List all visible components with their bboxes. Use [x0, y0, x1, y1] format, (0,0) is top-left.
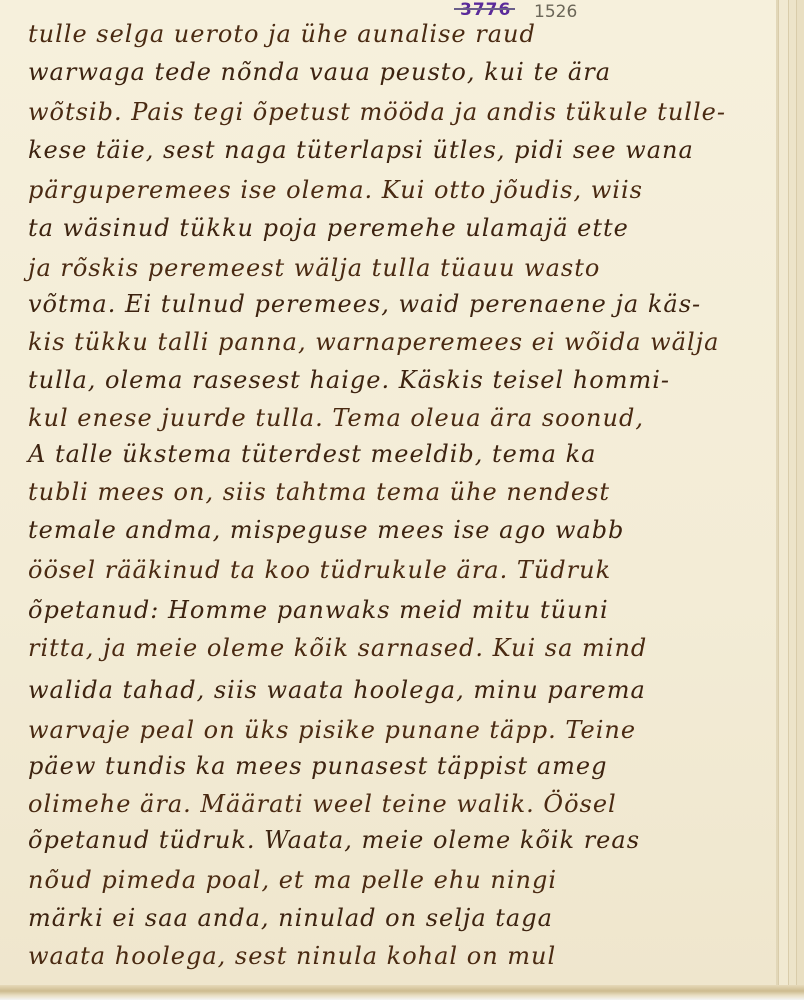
- text-line: olimehe ära. Määrati weel teine walik. Ö…: [28, 790, 744, 818]
- text-line: wõtsib. Pais tegi õpetust mööda ja andis…: [28, 98, 744, 126]
- text-line: walida tahad, siis waata hoolega, minu p…: [28, 676, 744, 704]
- text-line: kul enese juurde tulla. Tema oleua ära s…: [28, 404, 744, 432]
- text-line: warvaje peal on üks pisike punane täpp. …: [28, 716, 744, 744]
- text-line: ja rõskis peremeest wälja tulla tüauu wa…: [28, 254, 744, 282]
- text-line: tulle selga ueroto ja ühe aunalise raud: [28, 20, 744, 48]
- text-line: õpetanud tüdruk. Waata, meie oleme kõik …: [28, 826, 744, 854]
- text-line: kis tükku talli panna, warnaperemees ei …: [28, 328, 744, 356]
- text-line: võtma. Ei tulnud peremees, waid perenaen…: [28, 290, 744, 318]
- page-stack-edge: [796, 0, 804, 995]
- text-line: kese täie, sest naga tüterlapsi ütles, p…: [28, 136, 744, 164]
- text-line: ritta, ja meie oleme kõik sarnased. Kui …: [28, 634, 744, 662]
- text-line: warwaga tede nõnda vaua peusto, kui te ä…: [28, 58, 744, 86]
- text-line: tulla, olema rasesest haige. Käskis teis…: [28, 366, 744, 394]
- text-line: öösel rääkinud ta koo tüdrukule ära. Tüd…: [28, 556, 744, 584]
- text-line: nõud pimeda poal, et ma pelle ehu ningi: [28, 866, 744, 894]
- text-line: märki ei saa anda, ninulad on selja taga: [28, 904, 744, 932]
- text-line: pärguperemees ise olema. Kui otto jõudis…: [28, 176, 744, 204]
- text-line: A talle ükstema tüterdest meeldib, tema …: [28, 440, 744, 468]
- text-line: tubli mees on, siis tahtma tema ühe nend…: [28, 478, 744, 506]
- pencil-page-number: 1526: [534, 2, 577, 22]
- text-line: temale andma, mispeguse mees ise ago wab…: [28, 516, 744, 544]
- text-line: päew tundis ka mees punasest täppist ame…: [28, 752, 744, 780]
- text-line: waata hoolega, sest ninula kohal on mul: [28, 942, 744, 970]
- text-line: õpetanud: Homme panwaks meid mitu tüuni: [28, 596, 744, 624]
- archive-stamp-number: 3776: [460, 0, 511, 20]
- text-line: ta wäsinud tükku poja peremehe ulamajä e…: [28, 214, 744, 242]
- manuscript-page: 3776 1526 tulle selga ueroto ja ühe auna…: [0, 0, 778, 985]
- page-bottom-edge: [0, 985, 804, 1000]
